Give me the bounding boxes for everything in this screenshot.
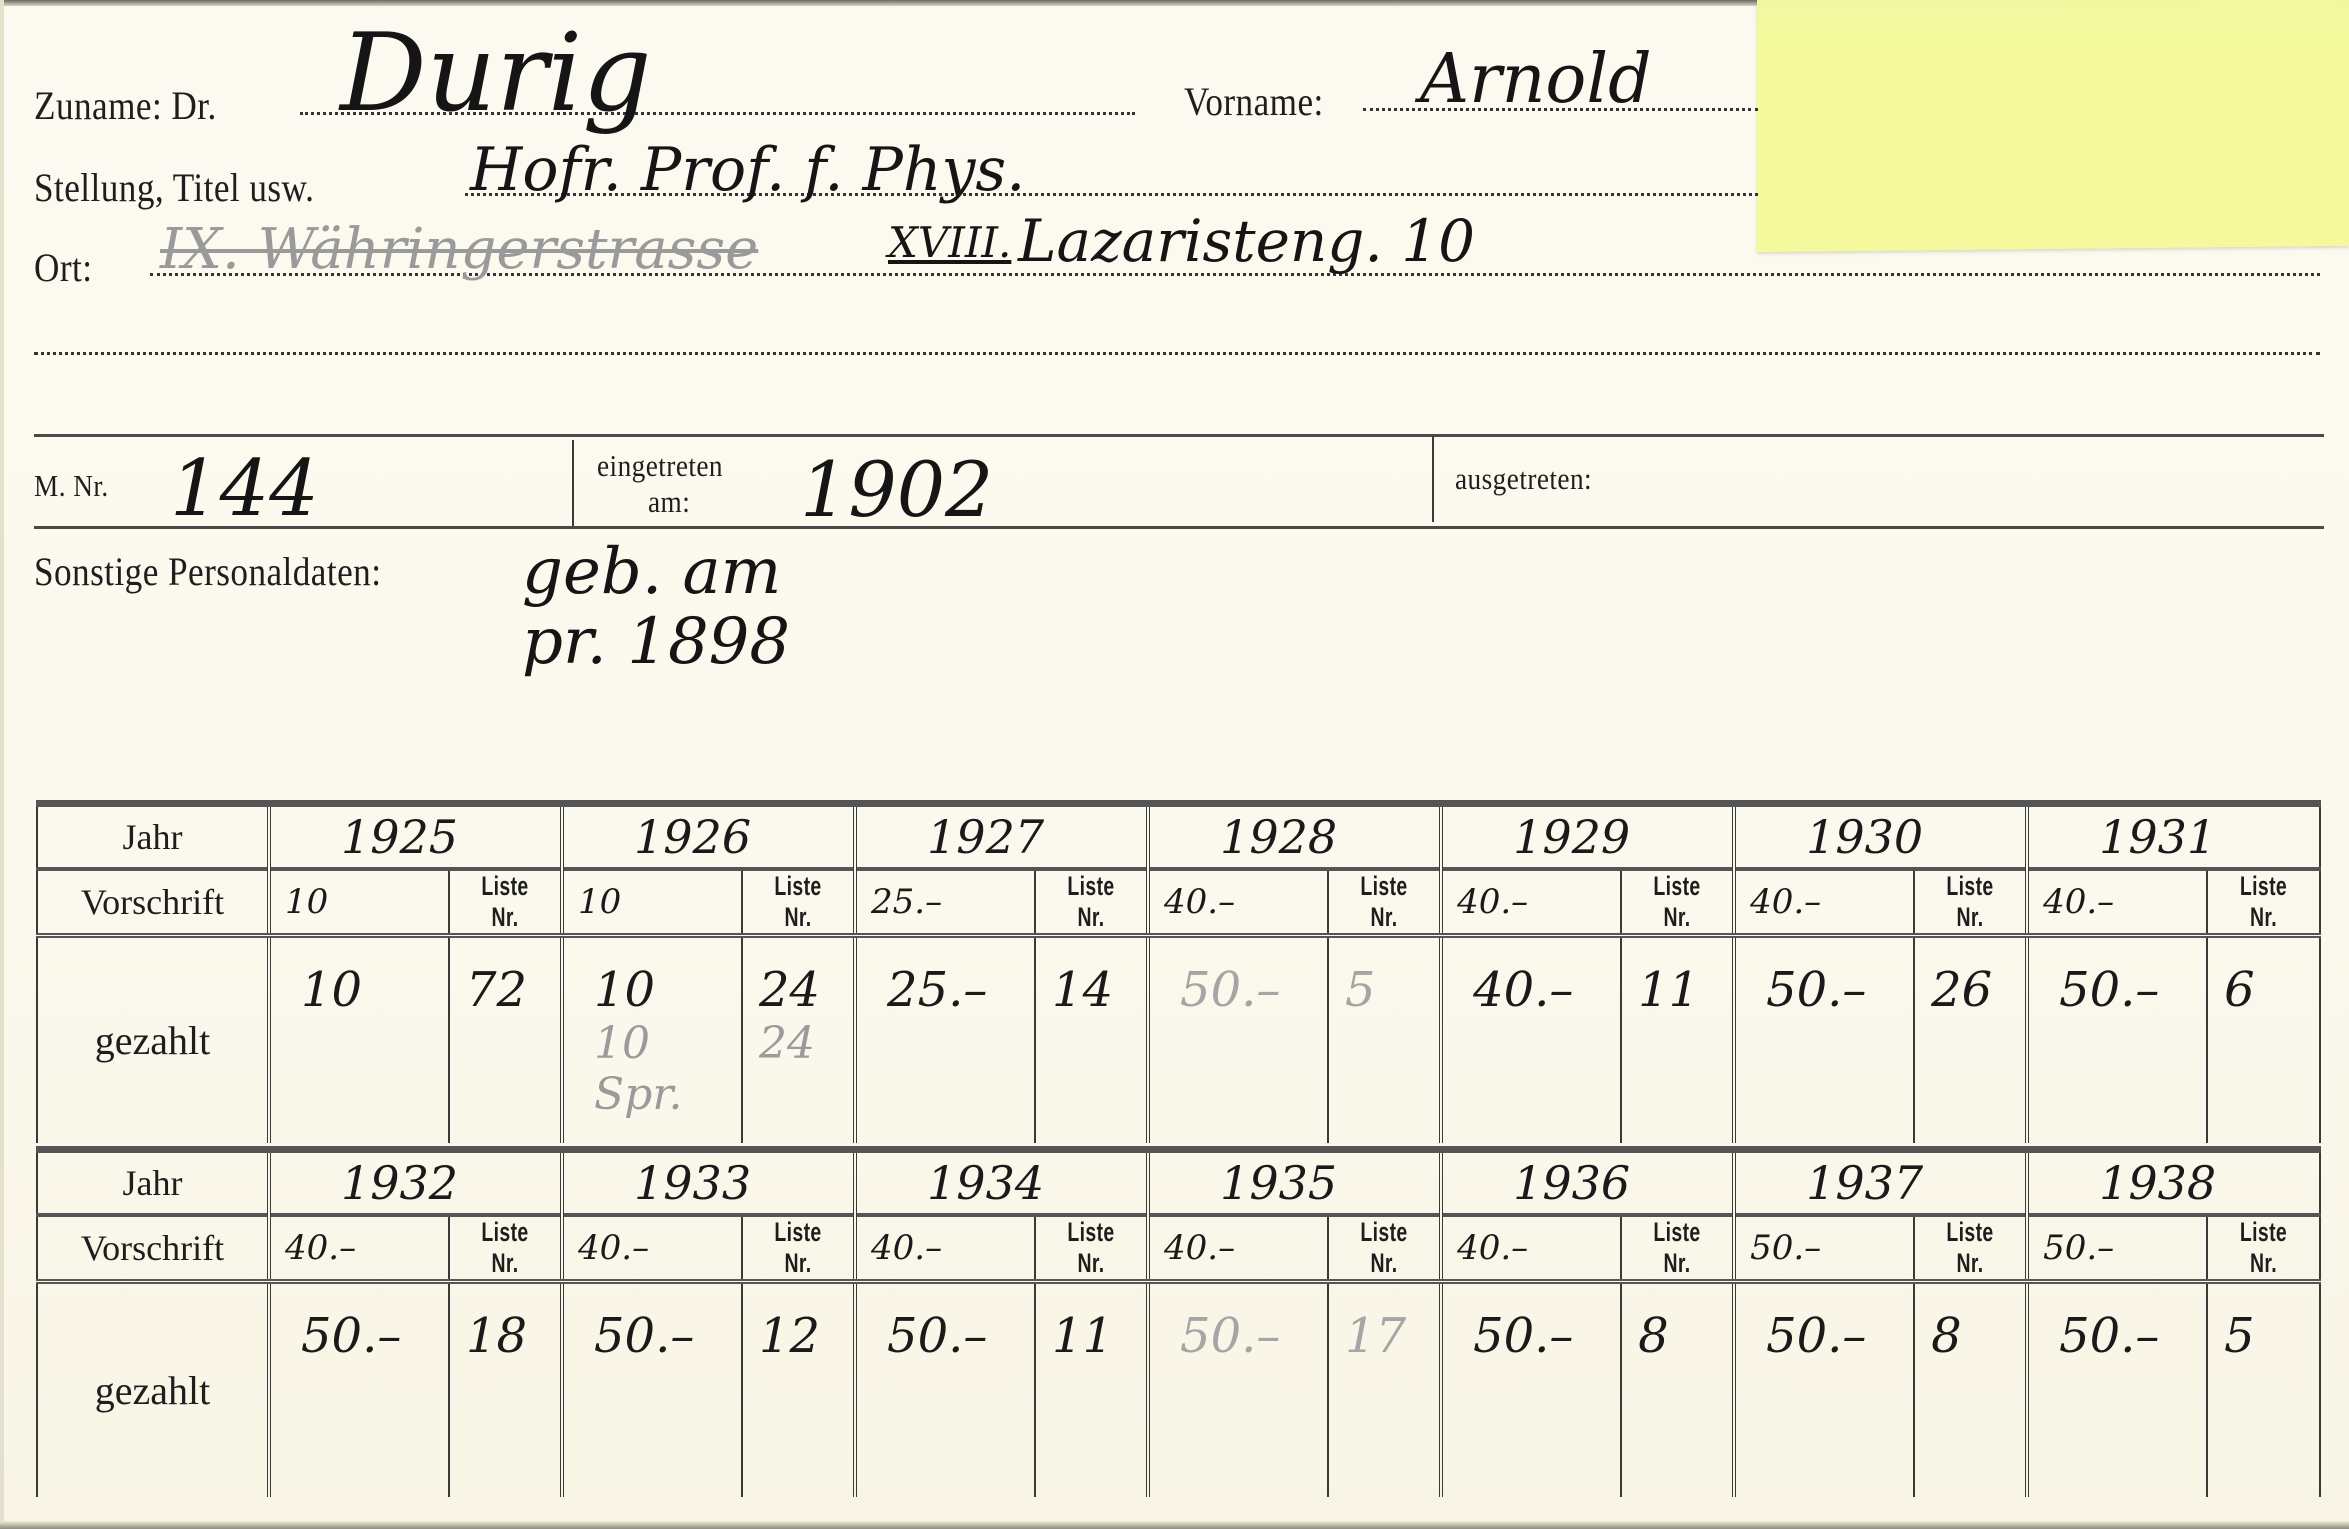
- vorschrift-cell: 10: [562, 869, 742, 936]
- year-value: 1932: [271, 1156, 560, 1210]
- liste-nr-cell: 12: [742, 1282, 855, 1497]
- vorschrift-cell: 40.–: [1148, 869, 1328, 936]
- eingetreten-value: 1902: [800, 452, 993, 528]
- gezahlt-value: 50.–: [2029, 938, 2206, 1018]
- gezahlt-cell: 50.–: [855, 1282, 1035, 1497]
- payments-table-1: Jahr 1925192619271928192919301931 Vorsch…: [36, 800, 2321, 1143]
- liste-nr-label: Liste Nr.: [2224, 1217, 2304, 1279]
- mnr-value: 144: [170, 450, 319, 528]
- liste-nr-value: 6: [2208, 938, 2319, 1018]
- gezahlt-cell: 10: [269, 936, 449, 1144]
- vorschrift-value: 40.–: [857, 1228, 1034, 1268]
- year-value: 1926: [564, 810, 853, 864]
- gezahlt-cell: 50.–: [2027, 1282, 2207, 1497]
- year-cell: 1934: [855, 1150, 1148, 1216]
- gezahlt-value: 50.–: [271, 1284, 448, 1364]
- payments-table-2: Jahr 1932193319341935193619371938 Vorsch…: [36, 1146, 2321, 1497]
- sonstige-line-2: pr. 1898: [522, 610, 790, 674]
- liste-nr-header: Liste Nr.: [1328, 869, 1441, 936]
- year-value: 1929: [1443, 810, 1732, 864]
- liste-nr-cell: 2424: [742, 936, 855, 1144]
- gezahlt-cell: 50.–: [1148, 936, 1328, 1144]
- card-bottom-edge: [0, 1521, 2349, 1529]
- liste-nr-label: Liste Nr.: [758, 1217, 837, 1279]
- liste-nr-value: 24: [743, 938, 853, 1018]
- jahr-label: Jahr: [37, 1150, 269, 1216]
- year-cell: 1933: [562, 1150, 855, 1216]
- liste-nr-cell: 18: [449, 1282, 562, 1497]
- year-cell: 1932: [269, 1150, 562, 1216]
- year-cell: 1937: [1734, 1150, 2027, 1216]
- card-left-edge: [0, 0, 4, 1529]
- vorschrift-cell: 40.–: [1441, 1215, 1621, 1282]
- gezahlt-value: 50.–: [2029, 1284, 2206, 1364]
- vorschrift-value: 40.–: [1736, 882, 1913, 922]
- ort-district: XVIII.: [888, 222, 1011, 264]
- year-value: 1925: [271, 810, 560, 864]
- liste-nr-label: Liste Nr.: [465, 1217, 544, 1279]
- liste-nr-label: Liste Nr.: [1344, 871, 1423, 933]
- gezahlt-cell: 50.–: [1148, 1282, 1328, 1497]
- eingetreten-label-am: am:: [648, 486, 690, 517]
- vorschrift-cell: 50.–: [1734, 1215, 1914, 1282]
- vorschrift-value: 40.–: [1150, 1228, 1327, 1268]
- gezahlt-label: gezahlt: [37, 1282, 269, 1497]
- liste-nr-header: Liste Nr.: [1621, 869, 1734, 936]
- liste-nr-header: Liste Nr.: [1035, 869, 1148, 936]
- liste-nr-value: 26: [1915, 938, 2025, 1018]
- liste-nr-value: 12: [743, 1284, 853, 1364]
- liste-nr-cell: 26: [1914, 936, 2027, 1144]
- vorschrift-value: 40.–: [2029, 882, 2206, 922]
- year-value: 1930: [1736, 810, 2025, 864]
- liste-nr-cell: 8: [1914, 1282, 2027, 1497]
- liste-nr-header: Liste Nr.: [2207, 869, 2320, 936]
- liste-nr-header: Liste Nr.: [449, 869, 562, 936]
- divider-bottom: [34, 526, 2324, 529]
- vorschrift-cell: 40.–: [269, 1215, 449, 1282]
- year-cell: 1930: [1734, 804, 2027, 870]
- liste-nr-label: Liste Nr.: [2224, 871, 2304, 933]
- vorschrift-label: Vorschrift: [37, 1215, 269, 1282]
- gezahlt-label: gezahlt: [37, 936, 269, 1144]
- vorname-value: Arnold: [1420, 46, 1652, 114]
- gezahlt-cell: 50.–: [1734, 1282, 1914, 1497]
- stellung-value: Hofr. Prof. f. Phys.: [470, 140, 1025, 200]
- sticky-note: [1757, 0, 2349, 252]
- liste-nr-value: 17: [1329, 1284, 1439, 1364]
- vorschrift-cell: 50.–: [2027, 1215, 2207, 1282]
- year-value: 1934: [857, 1156, 1146, 1210]
- liste-nr-label: Liste Nr.: [1930, 1217, 2009, 1279]
- year-value: 1928: [1150, 810, 1439, 864]
- liste-nr-header: Liste Nr.: [742, 1215, 855, 1282]
- vorschrift-value: 50.–: [1736, 1228, 1913, 1268]
- gezahlt-cell: 50.–: [1441, 1282, 1621, 1497]
- liste-nr-value: 11: [1622, 938, 1732, 1018]
- sonstige-label: Sonstige Personaldaten:: [34, 552, 381, 592]
- liste-nr-value: 14: [1036, 938, 1146, 1018]
- gezahlt-cell: 50.–: [562, 1282, 742, 1497]
- year-cell: 1927: [855, 804, 1148, 870]
- jahr-label: Jahr: [37, 804, 269, 870]
- liste-nr-cell: 72: [449, 936, 562, 1144]
- gezahlt-value: 50.–: [1736, 938, 1913, 1018]
- year-cell: 1929: [1441, 804, 1734, 870]
- vorschrift-cell: 40.–: [1441, 869, 1621, 936]
- year-cell: 1926: [562, 804, 855, 870]
- year-cell: 1935: [1148, 1150, 1441, 1216]
- vorschrift-value: 25.–: [857, 882, 1034, 922]
- year-cell: 1936: [1441, 1150, 1734, 1216]
- divider-v2: [1432, 436, 1434, 522]
- gezahlt-value: 50.–: [857, 1284, 1034, 1364]
- liste-nr-label: Liste Nr.: [1051, 871, 1130, 933]
- gezahlt-cell: 25.–: [855, 936, 1035, 1144]
- liste-nr-cell: 5: [2207, 1282, 2320, 1497]
- gezahlt-value: 10: [564, 938, 741, 1018]
- liste-nr-value: 8: [1915, 1284, 2025, 1364]
- liste-nr-value: 11: [1036, 1284, 1146, 1364]
- vorschrift-cell: 40.–: [855, 1215, 1035, 1282]
- card-top-edge: [0, 0, 1760, 6]
- year-cell: 1931: [2027, 804, 2320, 870]
- year-value: 1931: [2029, 810, 2319, 864]
- extra-line: [34, 352, 2320, 355]
- divider-top: [34, 434, 2324, 437]
- liste-nr-value: 5: [2208, 1284, 2319, 1364]
- liste-nr-cell: 6: [2207, 936, 2320, 1144]
- gezahlt-value: 10: [271, 938, 448, 1018]
- eingetreten-label: eingetreten: [597, 450, 723, 481]
- liste-nr-label: Liste Nr.: [465, 871, 544, 933]
- liste-nr-value: 8: [1622, 1284, 1732, 1364]
- vorschrift-cell: 40.–: [562, 1215, 742, 1282]
- liste-nr-label: Liste Nr.: [1344, 1217, 1423, 1279]
- divider-v1: [572, 440, 574, 526]
- liste-nr-header: Liste Nr.: [1621, 1215, 1734, 1282]
- mnr-label: M. Nr.: [34, 470, 109, 501]
- vorschrift-value: 50.–: [2029, 1228, 2206, 1268]
- liste-nr-value: 18: [450, 1284, 560, 1364]
- ausgetreten-label: ausgetreten:: [1455, 463, 1592, 494]
- vorschrift-cell: 25.–: [855, 869, 1035, 936]
- vorschrift-value: 10: [564, 882, 741, 922]
- ort-value: Lazaristeng. 10: [1018, 212, 1475, 270]
- gezahlt-cell: 50.–: [1734, 936, 1914, 1144]
- year-row: Jahr 1925192619271928192919301931: [37, 804, 2320, 870]
- year-value: 1937: [1736, 1156, 2025, 1210]
- liste-nr-header: Liste Nr.: [2207, 1215, 2320, 1282]
- vorschrift-row: Vorschrift 40.–Liste Nr.40.–Liste Nr.40.…: [37, 1215, 2320, 1282]
- liste-nr-cell: 14: [1035, 936, 1148, 1144]
- liste-nr-cell: 8: [1621, 1282, 1734, 1497]
- liste-nr-cell: 11: [1621, 936, 1734, 1144]
- liste-nr-value: 72: [450, 938, 560, 1018]
- liste-nr-header: Liste Nr.: [449, 1215, 562, 1282]
- gezahlt-value: 50.–: [1443, 1284, 1620, 1364]
- ort-old-value: IX. Währingerstrasse: [160, 222, 758, 278]
- liste-nr-label: Liste Nr.: [1930, 871, 2009, 933]
- vorschrift-value: 40.–: [564, 1228, 741, 1268]
- liste-nr-cell: 11: [1035, 1282, 1148, 1497]
- year-value: 1927: [857, 810, 1146, 864]
- year-cell: 1938: [2027, 1150, 2320, 1216]
- liste-nr-header: Liste Nr.: [742, 869, 855, 936]
- gezahlt-cell: 1010 Spr.: [562, 936, 742, 1144]
- vorschrift-cell: 40.–: [1734, 869, 1914, 936]
- liste-nr-label: Liste Nr.: [1637, 871, 1716, 933]
- vorschrift-value: 10: [271, 882, 448, 922]
- vorschrift-value: 40.–: [1150, 882, 1327, 922]
- year-cell: 1928: [1148, 804, 1441, 870]
- gezahlt-cell: 40.–: [1441, 936, 1621, 1144]
- gezahlt-value: 50.–: [1150, 938, 1327, 1018]
- vorschrift-cell: 40.–: [2027, 869, 2207, 936]
- gezahlt-cell: 50.–: [269, 1282, 449, 1497]
- liste-nr-label: Liste Nr.: [758, 871, 837, 933]
- membership-card: Zuname: Dr. Durig Vorname: Arnold Stellu…: [0, 0, 2349, 1529]
- liste-nr-value-2: 24: [743, 1018, 853, 1069]
- zuname-label: Zuname: Dr.: [34, 86, 217, 126]
- gezahlt-value-2: 10 Spr.: [564, 1018, 741, 1120]
- ort-label: Ort:: [34, 248, 92, 288]
- gezahlt-value: 50.–: [564, 1284, 741, 1364]
- liste-nr-header: Liste Nr.: [1914, 869, 2027, 936]
- liste-nr-header: Liste Nr.: [1328, 1215, 1441, 1282]
- gezahlt-row: gezahlt 10721010 Spr.242425.–1450.–540.–…: [37, 936, 2320, 1144]
- vorschrift-label: Vorschrift: [37, 869, 269, 936]
- year-value: 1938: [2029, 1156, 2319, 1210]
- vorschrift-cell: 10: [269, 869, 449, 936]
- stellung-label: Stellung, Titel usw.: [34, 168, 314, 208]
- vorschrift-row: Vorschrift 10Liste Nr.10Liste Nr.25.–Lis…: [37, 869, 2320, 936]
- gezahlt-value: 25.–: [857, 938, 1034, 1018]
- liste-nr-header: Liste Nr.: [1035, 1215, 1148, 1282]
- liste-nr-label: Liste Nr.: [1637, 1217, 1716, 1279]
- year-cell: 1925: [269, 804, 562, 870]
- zuname-value: Durig: [340, 20, 651, 128]
- sonstige-line-1: geb. am: [522, 540, 781, 604]
- liste-nr-header: Liste Nr.: [1914, 1215, 2027, 1282]
- vorschrift-value: 40.–: [271, 1228, 448, 1268]
- vorschrift-cell: 40.–: [1148, 1215, 1328, 1282]
- year-value: 1936: [1443, 1156, 1732, 1210]
- gezahlt-value: 50.–: [1736, 1284, 1913, 1364]
- gezahlt-row: gezahlt 50.–1850.–1250.–1150.–1750.–850.…: [37, 1282, 2320, 1497]
- liste-nr-cell: 17: [1328, 1282, 1441, 1497]
- year-value: 1933: [564, 1156, 853, 1210]
- year-value: 1935: [1150, 1156, 1439, 1210]
- gezahlt-value: 40.–: [1443, 938, 1620, 1018]
- liste-nr-value: 5: [1329, 938, 1439, 1018]
- vorschrift-value: 40.–: [1443, 882, 1620, 922]
- vorschrift-value: 40.–: [1443, 1228, 1620, 1268]
- year-row: Jahr 1932193319341935193619371938: [37, 1150, 2320, 1216]
- liste-nr-label: Liste Nr.: [1051, 1217, 1130, 1279]
- gezahlt-value: 50.–: [1150, 1284, 1327, 1364]
- liste-nr-cell: 5: [1328, 936, 1441, 1144]
- gezahlt-cell: 50.–: [2027, 936, 2207, 1144]
- vorname-label: Vorname:: [1184, 82, 1324, 122]
